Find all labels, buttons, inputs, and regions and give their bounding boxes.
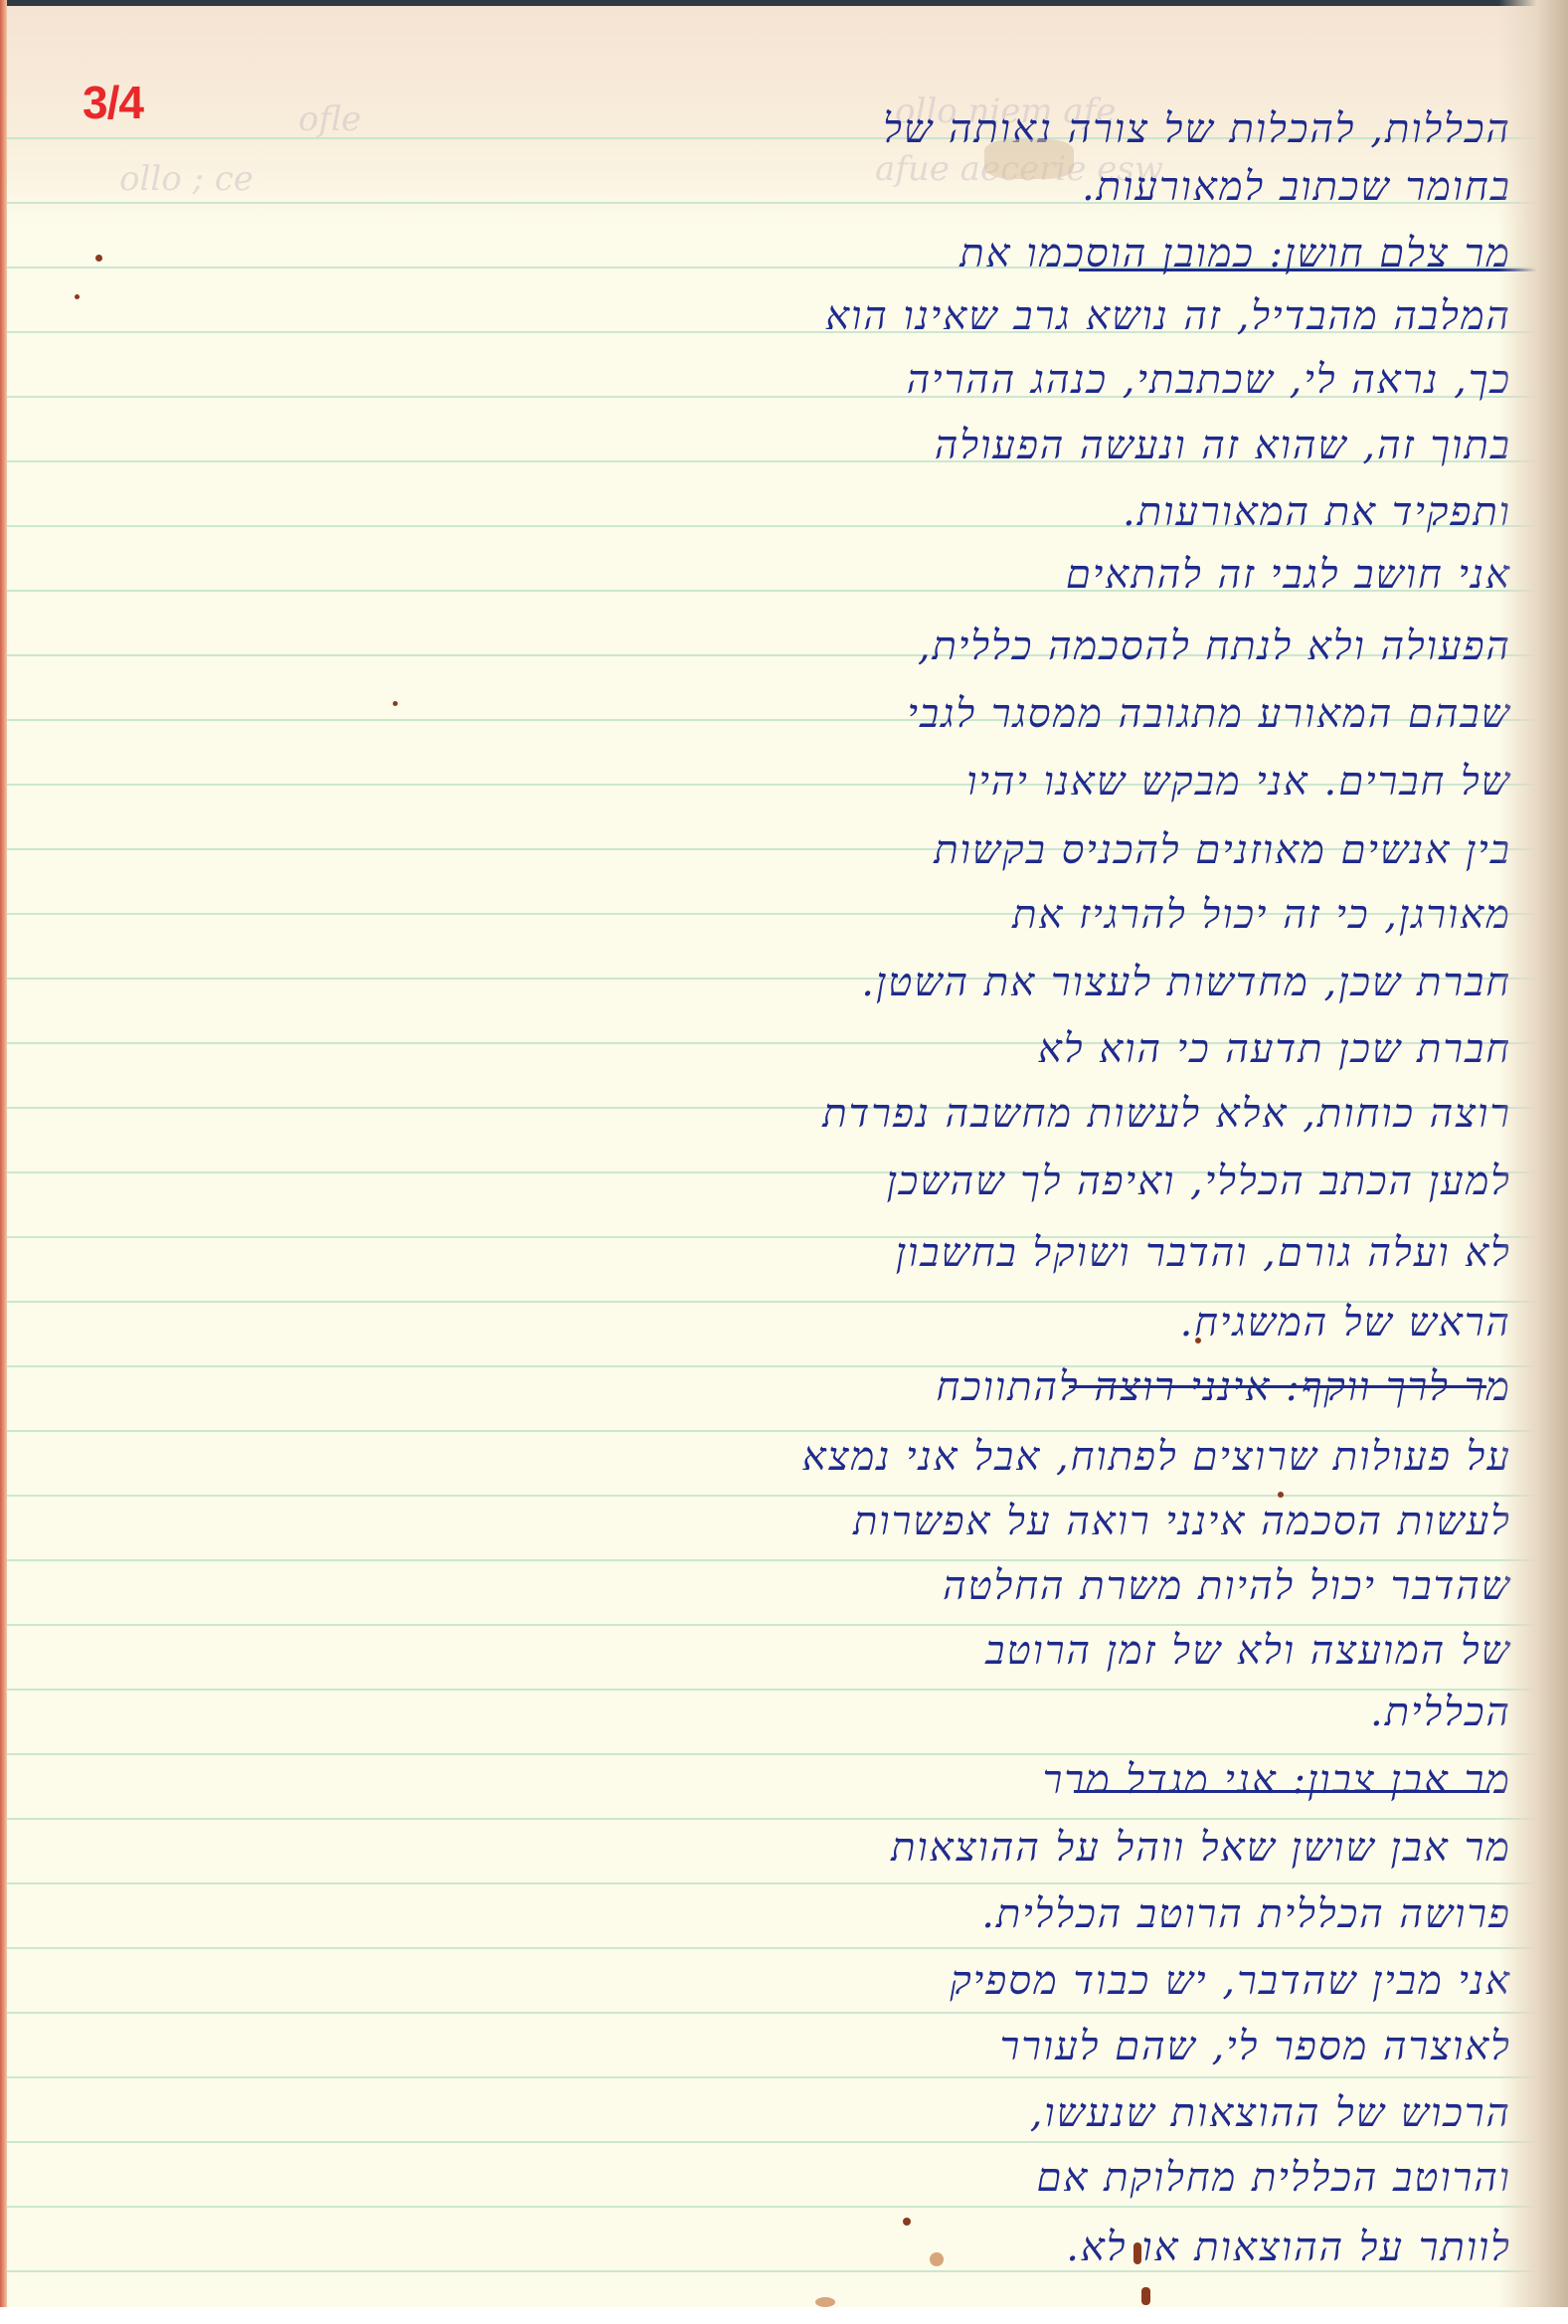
page-number-label: 3/4 [83, 76, 143, 129]
letter-line: חברת שכן, מחדשות לעצור את השטן. [861, 953, 1511, 1012]
speaker-underline [1074, 1790, 1489, 1793]
letter-line: שהדבר יכול להיות משרת החלטה [943, 1556, 1511, 1616]
rust-spot [1133, 2242, 1141, 2264]
ink-spot [95, 255, 102, 262]
rust-spot [903, 2218, 911, 2226]
letter-line: לא ועלה גורם, והדבר ושוקל בחשבון [896, 1223, 1511, 1283]
ruled-line [7, 2012, 1568, 2014]
letter-line: ותפקיד את המאורעות. [1123, 482, 1511, 542]
letter-line: לאוצרה מספר לי, שהם לעורר [1000, 2017, 1511, 2076]
speaker-underline [1079, 268, 1568, 271]
letter-line: מר אבן שושן שאל ווהל על ההוצאות [891, 1818, 1511, 1877]
letter-line: בתוך זה, שהוא זה ונעשה הפעולה [935, 416, 1511, 475]
letter-line: הראש של המשגיח. [1180, 1293, 1511, 1352]
letter-line: מאורגן, כי זה יכול להרגיז את [1012, 885, 1511, 945]
letter-line: למען הכתב הכללי, ואיפה לך שהשכן [887, 1152, 1511, 1211]
ink-spot [1278, 1492, 1284, 1498]
ink-spot [393, 701, 398, 706]
letter-line: חברת שכן תדעה כי הוא לא [1038, 1019, 1511, 1079]
rust-spot [1141, 2287, 1150, 2305]
letter-line-speaker: מר צלם חושן: כמובן הוסכמו את [959, 224, 1511, 283]
letter-line: של חברים. אני מבקש שאנו יהיו [966, 752, 1511, 811]
letter-line: של המועצה ולא של זמן הרוטב [985, 1621, 1511, 1681]
scan-left-edge [0, 0, 7, 2307]
letter-line: שבהם המאורע מתגובה ממסגר לגבי [908, 684, 1512, 744]
scan-bottom-margin [0, 2307, 1568, 2324]
letter-line: בין אנשים מאוזנים להכניס בקשות [934, 820, 1511, 880]
speaker-underline [1069, 1385, 1486, 1388]
letter-line: אני חושב לגבי זה להתאים [1066, 545, 1511, 605]
ruled-line [7, 2076, 1568, 2078]
bleed-through-text: ofle [298, 99, 361, 139]
letter-line: לעשות הסכמה אינני רואה על אפשרות [853, 1492, 1511, 1551]
ink-spot [1195, 1338, 1201, 1343]
rust-spot [930, 2252, 944, 2266]
letter-line: רוצה כוחות, אלא לעשות מחשבה נפרדת [822, 1084, 1511, 1144]
letter-line: כך, נראה לי, שכתבתי, כנהג ההריה [907, 350, 1511, 410]
letter-line: הכללית. [1370, 1683, 1511, 1742]
letter-line: על פעולות שרוצים לפתוח, אבל אני נמצא [802, 1427, 1511, 1487]
letter-line: והרוטב הכללית מחלוקת אם [1036, 2148, 1511, 2208]
letter-line: פרושה הכללית הרוטב הכללית. [981, 1884, 1511, 1944]
ruled-line [7, 1689, 1568, 1691]
letter-line: בחומר שכתוב למאורעות. [1082, 157, 1511, 217]
paper-smudge [984, 139, 1074, 179]
ink-spot [75, 294, 80, 299]
rust-spot [815, 2297, 835, 2307]
binding-shadow [1498, 0, 1568, 2307]
letter-line: הפעולה ולא לנתח להסכמה כללית, [918, 617, 1511, 676]
ruled-line [7, 1947, 1568, 1949]
letter-line: המלבה מהבדיל, זה נושא גרב שאינו הוא [825, 286, 1511, 346]
letter-line: הכללות, להכלות של צורה נאותה של [883, 99, 1511, 159]
letter-line: אני מבין שהדבר, יש כבוד מספיק [950, 1951, 1511, 2011]
letter-line-speaker: מר אבן צבון: אני מגדל מרר [1043, 1750, 1511, 1810]
scanned-page: ollo niem afe afue aecerie esw ollo ; ce… [0, 0, 1568, 2307]
letter-line: הרכוש של ההוצאות שנעשו, [1030, 2083, 1511, 2143]
bleed-through-text: ollo ; ce [119, 159, 254, 199]
